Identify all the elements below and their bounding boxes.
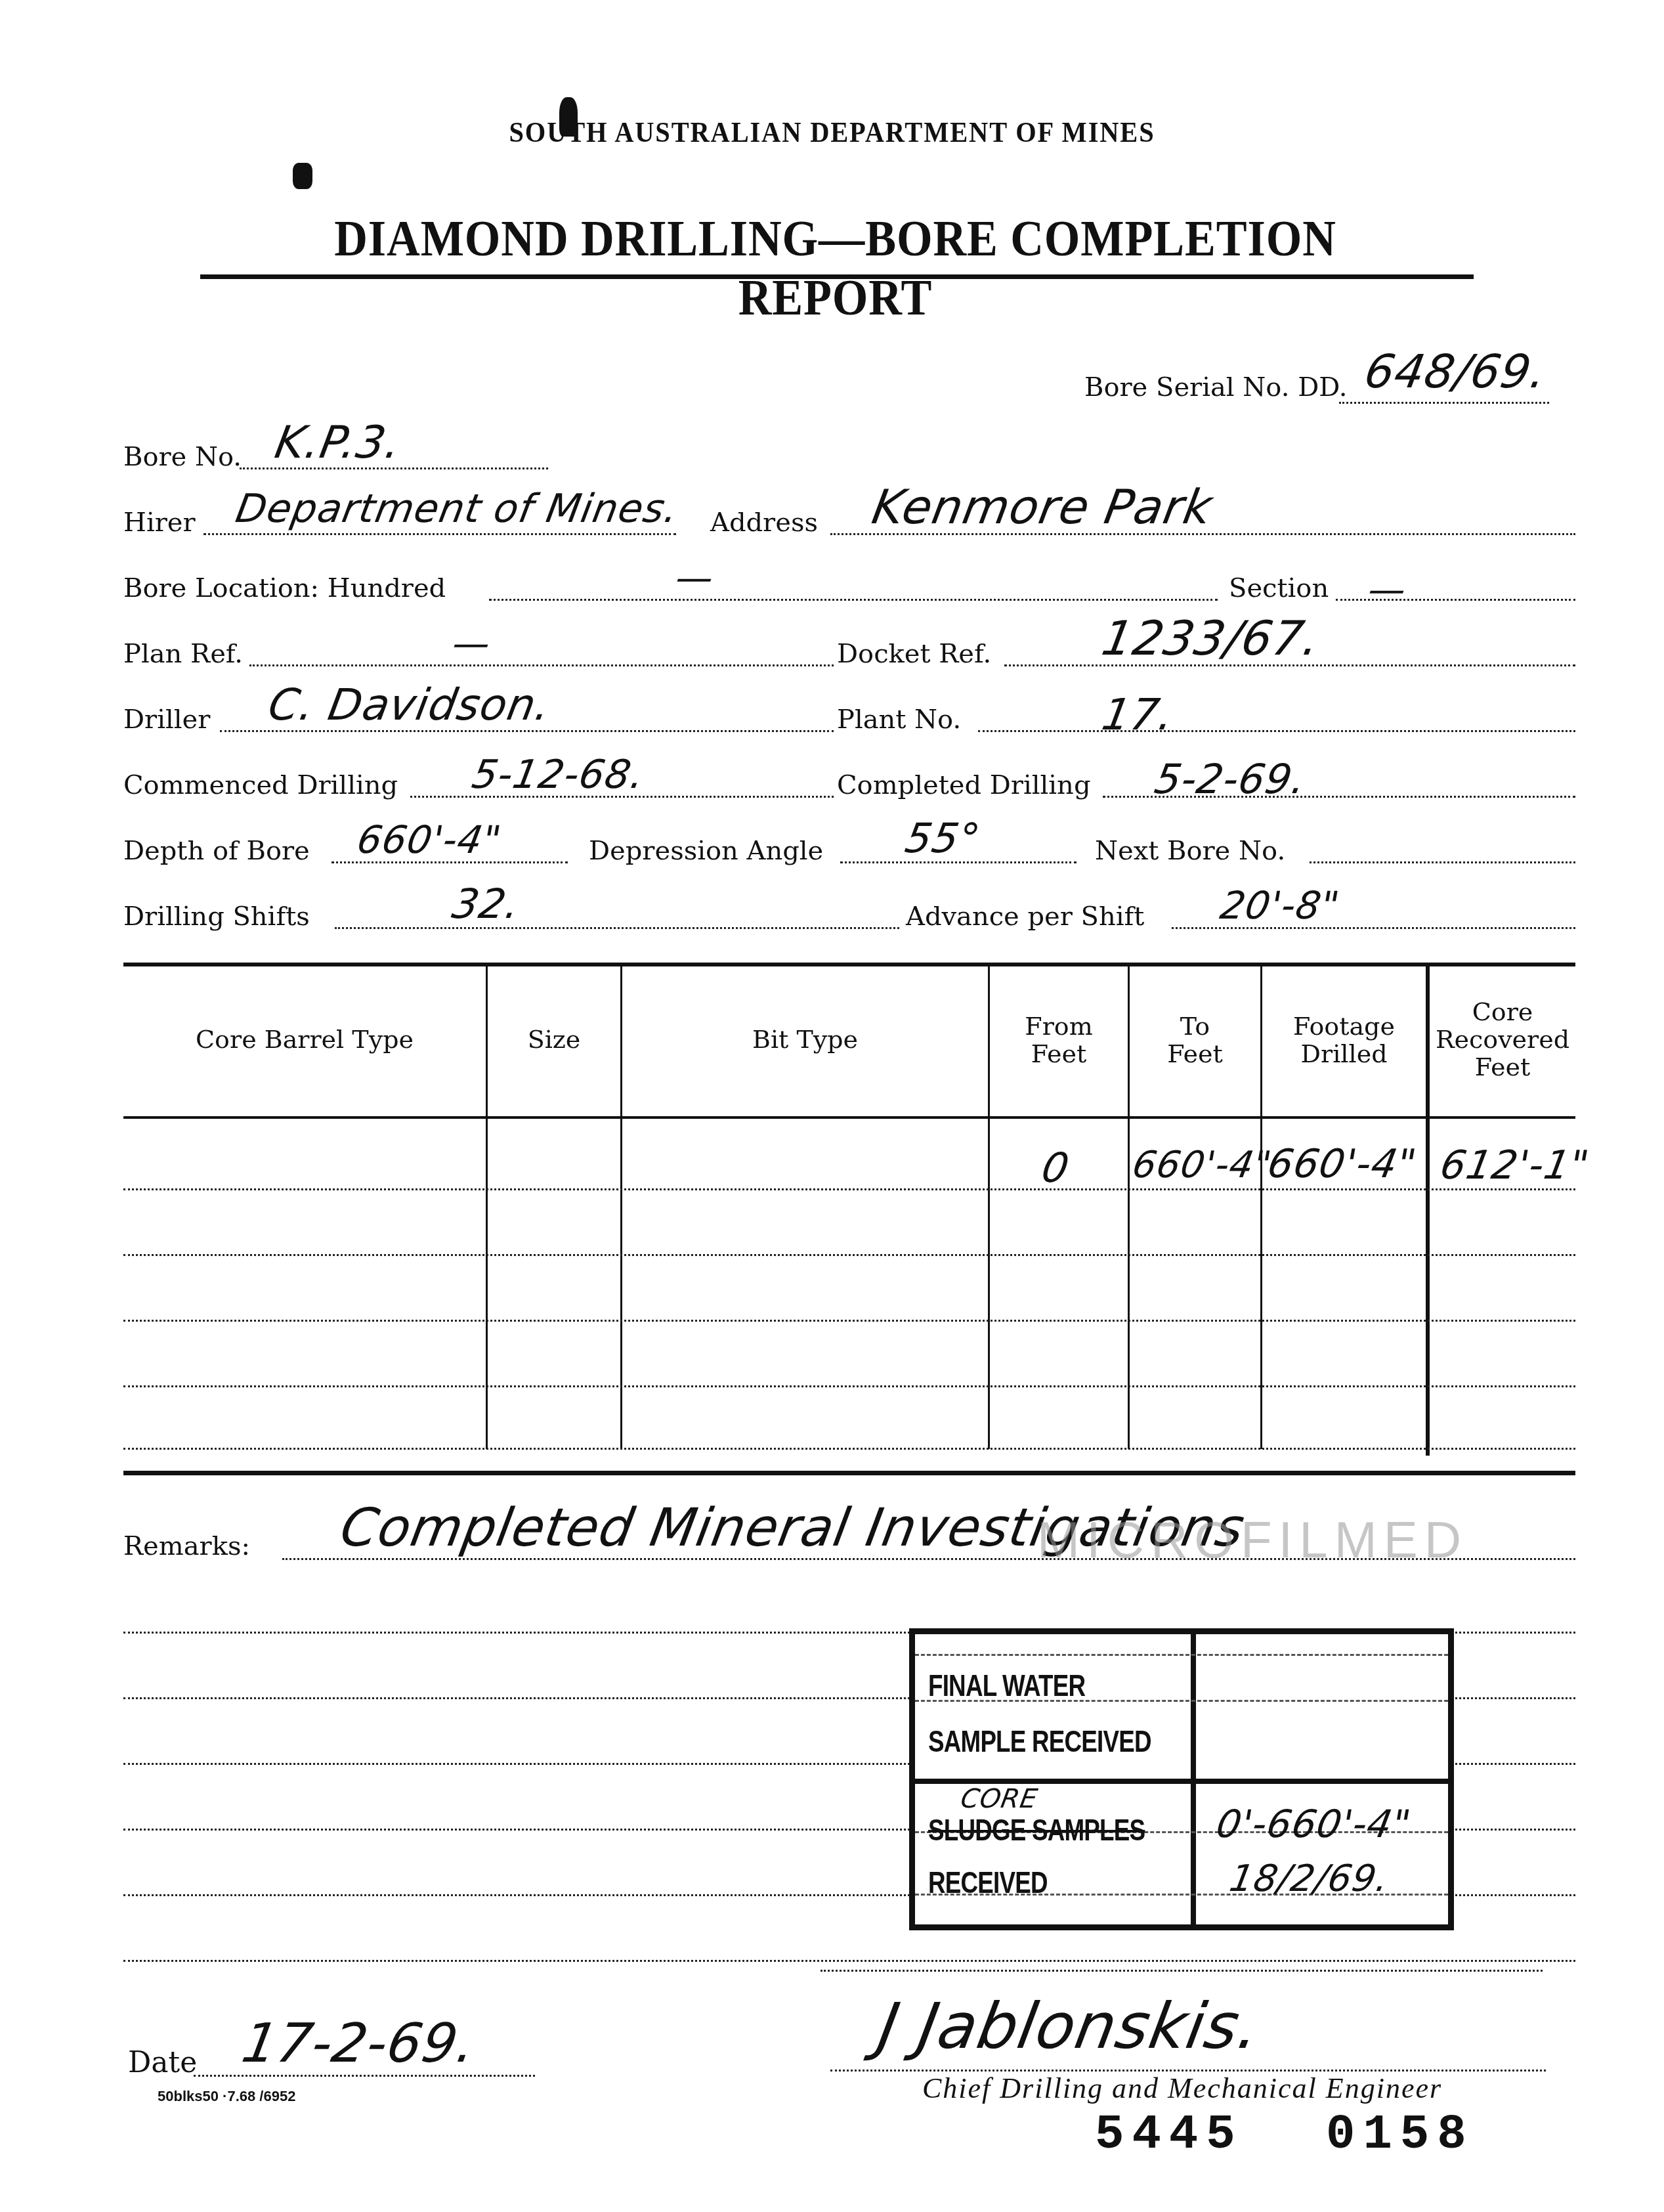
remarks-line (123, 1960, 1575, 1962)
advance-value: 20'-8" (1217, 883, 1343, 928)
date-value: 17-2-69. (238, 2012, 481, 2075)
section-label: Section (1229, 575, 1329, 601)
header-bottom-rule (123, 1116, 1575, 1119)
shifts-line (335, 927, 899, 929)
docket-ref-value: 1233/67. (1098, 611, 1325, 666)
date-line (194, 2075, 535, 2077)
table-row-line (123, 1188, 1575, 1190)
depth-value: 660'-4" (354, 817, 505, 862)
report-title: DIAMOND DRILLING—BORE COMPLETION REPORT (261, 209, 1410, 327)
signature-line-top (821, 1970, 1543, 1972)
signatory-title: Chief Drilling and Mechanical Engineer (922, 2071, 1442, 2105)
depth-label: Depth of Bore (123, 838, 310, 864)
driller-line (220, 730, 834, 732)
plant-no-line (978, 730, 1575, 732)
driller-label: Driller (123, 706, 210, 733)
plant-no-label: Plant No. (837, 706, 961, 733)
cell-footage-drilled: 660'-4" (1264, 1141, 1420, 1187)
hirer-label: Hirer (123, 510, 196, 536)
stamp-core-range-value: 0'-660'-4" (1213, 1802, 1415, 1846)
department-name: SOUTH AUSTRALIAN DEPARTMENT OF MINES (66, 116, 1597, 149)
sample-receipt-stamp: FINAL WATER SAMPLE RECEIVED CORE SLUDGE … (909, 1628, 1454, 1930)
signature: J Jablonskis. (873, 1989, 1266, 2063)
table-top-rule (123, 963, 1575, 966)
table-row-line (123, 1320, 1575, 1322)
plan-ref-line (249, 664, 834, 666)
cell-from-feet: 0 (1038, 1144, 1073, 1192)
cell-to-feet: 660'-4" (1129, 1144, 1275, 1186)
hirer-line (203, 533, 676, 535)
depression-label: Depression Angle (589, 838, 823, 864)
table-row-line (123, 1448, 1575, 1450)
document-number-part-2: 0158 (1326, 2108, 1474, 2163)
bore-no-label: Bore No. (123, 444, 242, 470)
remarks-label: Remarks: (123, 1533, 250, 1559)
hundred-value: — (672, 557, 717, 599)
table-bottom-rule (123, 1471, 1575, 1475)
stamp-final-water-label: FINAL WATER (928, 1670, 1085, 1701)
stamp-received-date: 18/2/69. (1226, 1857, 1392, 1900)
serial-label: Bore Serial No. DD. (1084, 374, 1348, 401)
header-to-feet: To Feet (1130, 1012, 1260, 1068)
microfilmed-stamp: MICROFILMED (1037, 1510, 1468, 1570)
plan-ref-value: — (449, 622, 494, 665)
plant-no-value: 17. (1098, 689, 1178, 740)
driller-value: C. Davidson. (265, 680, 555, 730)
commenced-value: 5-12-68. (469, 752, 649, 798)
header-core-recovered-feet: Core Recovered Feet (1430, 998, 1575, 1081)
header-footage-drilled: Footage Drilled (1262, 1012, 1426, 1068)
bore-no-value: K.P.3. (271, 417, 405, 469)
hirer-value: Department of Mines. (232, 486, 682, 532)
header-core-barrel-type: Core Barrel Type (123, 1026, 486, 1053)
address-value: Kenmore Park (868, 479, 1217, 534)
date-label: Date (128, 2049, 197, 2077)
next-bore-label: Next Bore No. (1095, 838, 1285, 864)
shifts-label: Drilling Shifts (123, 903, 310, 930)
stamp-inner-rule (915, 1654, 1448, 1656)
advance-label: Advance per Shift (906, 903, 1144, 930)
header-size: Size (488, 1026, 620, 1053)
stamp-sludge-samples-label: SLUDGE SAMPLES (928, 1815, 1145, 1845)
hundred-label: Bore Location: Hundred (123, 575, 446, 601)
address-label: Address (710, 510, 818, 536)
document-number-part-1: 5445 (1095, 2108, 1243, 2163)
hundred-line (489, 599, 1218, 601)
serial-line (1339, 402, 1549, 404)
ink-blot-mark (559, 97, 578, 137)
print-code: 50blks50 ·7.68 /6952 (158, 2088, 295, 2105)
shifts-value: 32. (449, 880, 524, 928)
commenced-label: Commenced Drilling (123, 772, 398, 798)
table-row-line (123, 1385, 1575, 1387)
depression-value: 55° (902, 814, 985, 862)
docket-ref-label: Docket Ref. (837, 641, 991, 667)
cell-core-recovered: 612'-1" (1437, 1142, 1593, 1188)
section-value: — (1365, 569, 1409, 611)
header-from-feet: From Feet (990, 1012, 1128, 1068)
serial-value: 648/69. (1361, 345, 1551, 399)
stamp-received-label: RECEIVED (928, 1867, 1048, 1898)
stamp-horizontal-divider (915, 1779, 1448, 1784)
ink-blot-mark (293, 163, 312, 189)
completed-value: 5-2-69. (1151, 755, 1310, 803)
title-rule (200, 274, 1474, 279)
plan-ref-label: Plan Ref. (123, 641, 243, 667)
table-row-line (123, 1254, 1575, 1256)
next-bore-line (1310, 861, 1575, 863)
stamp-sample-received-label: SAMPLE RECEIVED (928, 1726, 1151, 1756)
header-bit-type: Bit Type (622, 1026, 988, 1053)
stamp-core-annotation: CORE (958, 1784, 1040, 1814)
completed-label: Completed Drilling (837, 772, 1090, 798)
